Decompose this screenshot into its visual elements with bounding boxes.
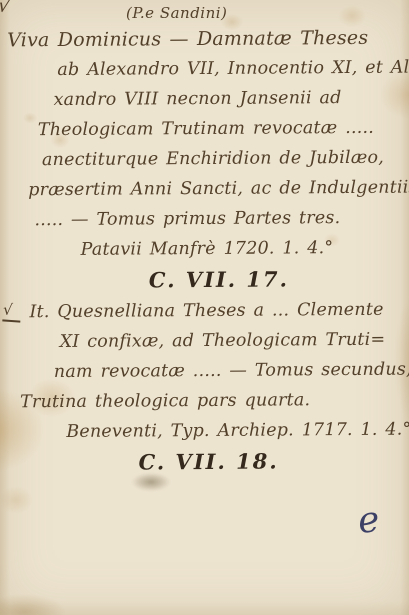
entry-imprint-line: Patavii Manfrè 1720. 1. 4.° [81,233,409,265]
entry-line: ..... — Tomus primus Partes tres. [34,203,409,236]
manuscript-page: √ (P.e Sandini) Viva Dominicus — Damnatæ… [0,0,409,615]
entry-line: Viva Dominicus — Damnatæ Theses [7,23,408,56]
entry-line: ab Alexandro VII, Innocentio XI, et Ale= [57,53,408,85]
entry-line: nam revocatæ ..... — Tomus secundus, [54,355,409,387]
entry-line: xandro VIII necnon Jansenii ad [53,83,408,115]
shelfmark-2: C. VII. 18. [138,445,409,479]
margin-check-top-icon: √ [0,0,12,18]
entry-line: It. Quesnelliana Theses a ... Clemente [29,295,408,328]
entry-line: XI confixæ, ad Theologicam Truti= [60,325,409,357]
catalog-entry-1: Viva Dominicus — Damnatæ Theses ab Alexa… [0,23,409,298]
entry-line: præsertim Anni Sancti, ac de Indulgentii… [28,173,409,206]
shelfmark-1: C. VII. 17. [149,263,409,297]
header-note: (P.e Sandini) [126,4,409,22]
entry-imprint-line: Beneventi, Typ. Archiep. 1717. 1. 4.° [66,415,409,447]
catalog-entry-2: It. Quesnelliana Theses a ... Clemente X… [0,295,409,480]
entry-line: Theologicam Trutinam revocatæ ..... [38,113,409,146]
entry-line: Trutina theologica pars quarta. [20,385,409,418]
ink-smudge [128,471,174,493]
blue-pen-mark: e [356,499,381,542]
entry-line: anectiturque Enchiridion de Jubilæo, [42,143,409,176]
